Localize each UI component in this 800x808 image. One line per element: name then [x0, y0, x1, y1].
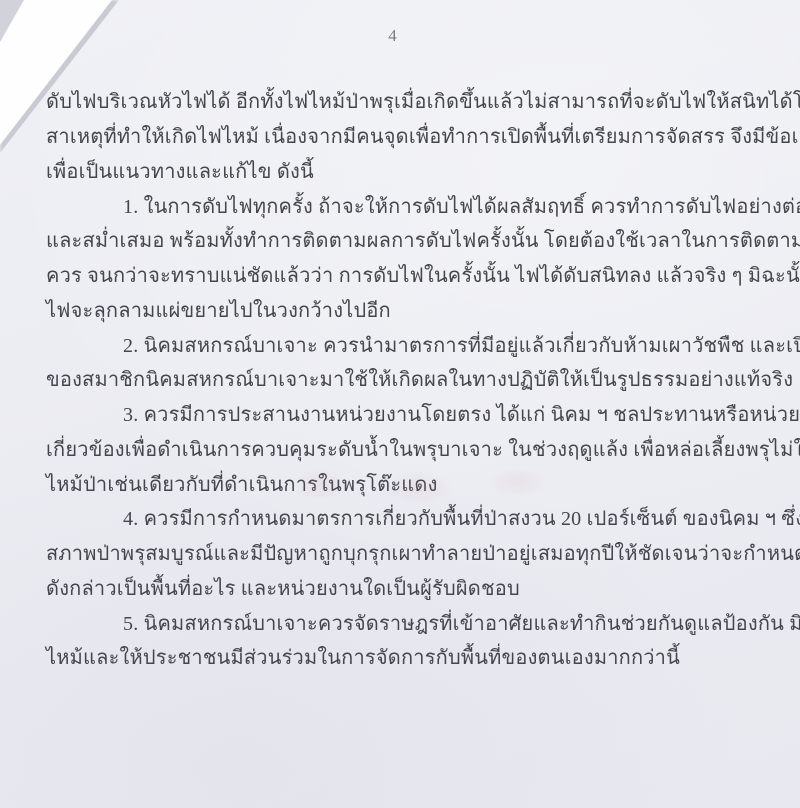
document-text: ดับไฟบริเวณหัวไฟได้ อีกทั้งไฟไหม้ป่าพรุเ… — [46, 85, 758, 676]
text-line: ดังกล่าวเป็นพื้นที่อะไร และหน่วยงานใดเป็… — [46, 572, 758, 607]
scanned-document-page: 4 ดับไฟบริเวณหัวไฟได้ อีกทั้งไฟไหม้ป่าพร… — [0, 0, 800, 808]
text-line: 4. ควรมีการกำหนดมาตรการเกี่ยวกับพื้นที่ป… — [46, 502, 758, 537]
page-number: 4 — [0, 26, 786, 46]
text-line: ไหม้ป่าเช่นเดียวกับที่ดำเนินการในพรุโต๊ะ… — [46, 467, 758, 502]
text-line: เพื่อเป็นแนวทางและแก้ไข ดังนี้ — [46, 155, 758, 190]
text-line: สภาพป่าพรุสมบูรณ์และมีปัญหาถูกบุกรุกเผาท… — [46, 537, 758, 572]
text-line: ดับไฟบริเวณหัวไฟได้ อีกทั้งไฟไหม้ป่าพรุเ… — [46, 85, 758, 120]
text-line: เกี่ยวข้องเพื่อดำเนินการควบคุมระดับน้ำใน… — [46, 433, 758, 468]
text-line: ไหม้และให้ประชาชนมีส่วนร่วมในการจัดการกั… — [46, 641, 758, 676]
text-line: 3. ควรมีการประสานงานหน่วยงานโดยตรง ได้แก… — [46, 398, 758, 433]
text-line: สาเหตุที่ทำให้เกิดไฟไหม้ เนื่องจากมีคนจุ… — [46, 120, 758, 155]
text-line: ควร จนกว่าจะทราบแน่ชัดแล้วว่า การดับไฟใน… — [46, 259, 758, 294]
text-line: ของสมาชิกนิคมสหกรณ์บาเจาะมาใช้ให้เกิดผลใ… — [46, 363, 758, 398]
text-line: 1. ในการดับไฟทุกครั้ง ถ้าจะให้การดับไฟได… — [46, 189, 758, 224]
text-line: และสม่ำเสมอ พร้อมทั้งทำการติดตามผลการดับ… — [46, 224, 758, 259]
text-line: 2. นิคมสหกรณ์บาเจาะ ควรนำมาตรการที่มีอยู… — [46, 328, 758, 363]
text-line: 5. นิคมสหกรณ์บาเจาะควรจัดราษฎรที่เข้าอาศ… — [46, 606, 758, 641]
text-line: ไฟจะลุกลามแผ่ขยายไปในวงกว้างไปอีก — [46, 294, 758, 329]
